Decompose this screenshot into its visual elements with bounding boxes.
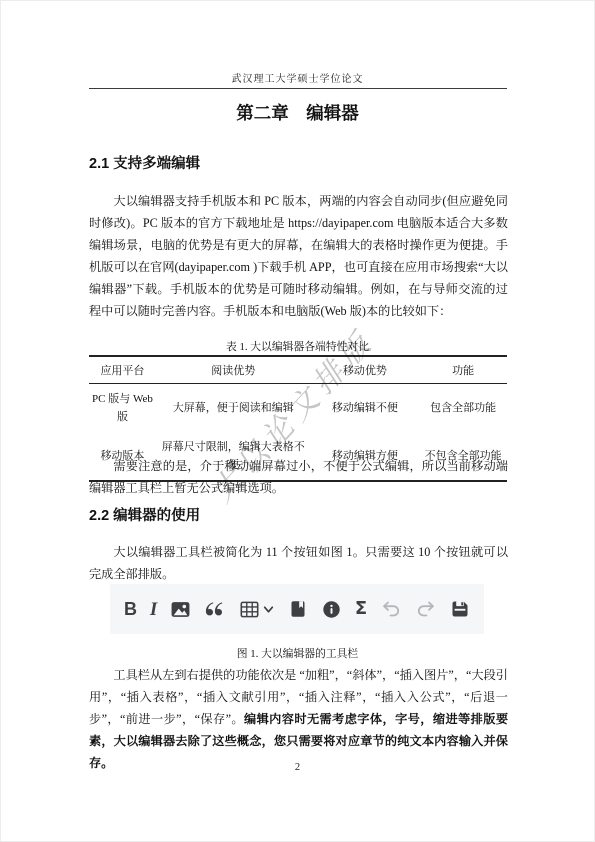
table-header-cell: 功能 bbox=[419, 356, 507, 384]
section-heading-2-2: 2.2 编辑器的使用 bbox=[89, 504, 507, 525]
table-cell: 大屏幕，便于阅读和编辑 bbox=[156, 384, 311, 433]
table-header-cell: 应用平台 bbox=[89, 356, 156, 384]
chevron-down-icon bbox=[262, 603, 275, 616]
insert-image-icon bbox=[170, 599, 191, 620]
chapter-title: 第二章 编辑器 bbox=[0, 100, 595, 125]
bold-icon: B bbox=[124, 600, 137, 618]
table-caption: 表 1. 大以编辑器各端特性对比 bbox=[0, 339, 595, 354]
editor-toolbar-figure: B I bbox=[110, 584, 484, 634]
undo-icon bbox=[380, 598, 402, 620]
table-header-row: 应用平台 阅读优势 移动优势 功能 bbox=[89, 356, 507, 384]
insert-table-icon bbox=[239, 599, 260, 620]
figure-caption: 图 1. 大以编辑器的工具栏 bbox=[0, 646, 595, 661]
insert-formula-icon: Σ bbox=[355, 600, 367, 618]
bold-glyph: B bbox=[124, 600, 137, 618]
body-paragraph-1: 大以编辑器支持手机版本和 PC 版本，两端的内容会自动同步(但应避免同时修改)。… bbox=[89, 190, 508, 322]
sigma-glyph: Σ bbox=[355, 600, 367, 618]
insert-note-icon bbox=[321, 599, 342, 620]
body-paragraph-2: 需要注意的是，介于移动端屏幕过小，不便于公式编辑，所以当前移动端编辑器工具栏上暂… bbox=[89, 455, 508, 499]
header-rule bbox=[89, 88, 507, 89]
running-header: 武汉理工大学硕士学位论文 bbox=[0, 70, 595, 85]
table-cell: PC 版与 Web 版 bbox=[89, 384, 156, 433]
save-icon bbox=[450, 599, 470, 619]
insert-citation-icon bbox=[288, 599, 308, 619]
blockquote-icon bbox=[204, 598, 226, 620]
redo-icon bbox=[415, 598, 437, 620]
table-header-cell: 阅读优势 bbox=[156, 356, 311, 384]
page-number: 2 bbox=[0, 762, 595, 773]
italic-glyph: I bbox=[150, 600, 157, 619]
document-page: 武汉理工大学硕士学位论文 第二章 编辑器 2.1 支持多端编辑 大以编辑器支持手… bbox=[0, 0, 595, 842]
table-cell: 移动编辑不便 bbox=[311, 384, 420, 433]
insert-table-dropdown bbox=[239, 599, 275, 620]
table-cell: 包含全部功能 bbox=[419, 384, 507, 433]
section-heading-2-1: 2.1 支持多端编辑 bbox=[89, 152, 507, 173]
table-row: PC 版与 Web 版 大屏幕，便于阅读和编辑 移动编辑不便 包含全部功能 bbox=[89, 384, 507, 433]
table-header-cell: 移动优势 bbox=[311, 356, 420, 384]
italic-icon: I bbox=[150, 600, 157, 619]
body-paragraph-4: 工具栏从左到右提供的功能依次是 “加粗”，“斜体”，“插入图片”，“大段引用”，… bbox=[89, 664, 508, 774]
body-paragraph-3: 大以编辑器工具栏被简化为 11 个按钮如图 1。只需要这 10 个按钮就可以完成… bbox=[89, 541, 508, 585]
